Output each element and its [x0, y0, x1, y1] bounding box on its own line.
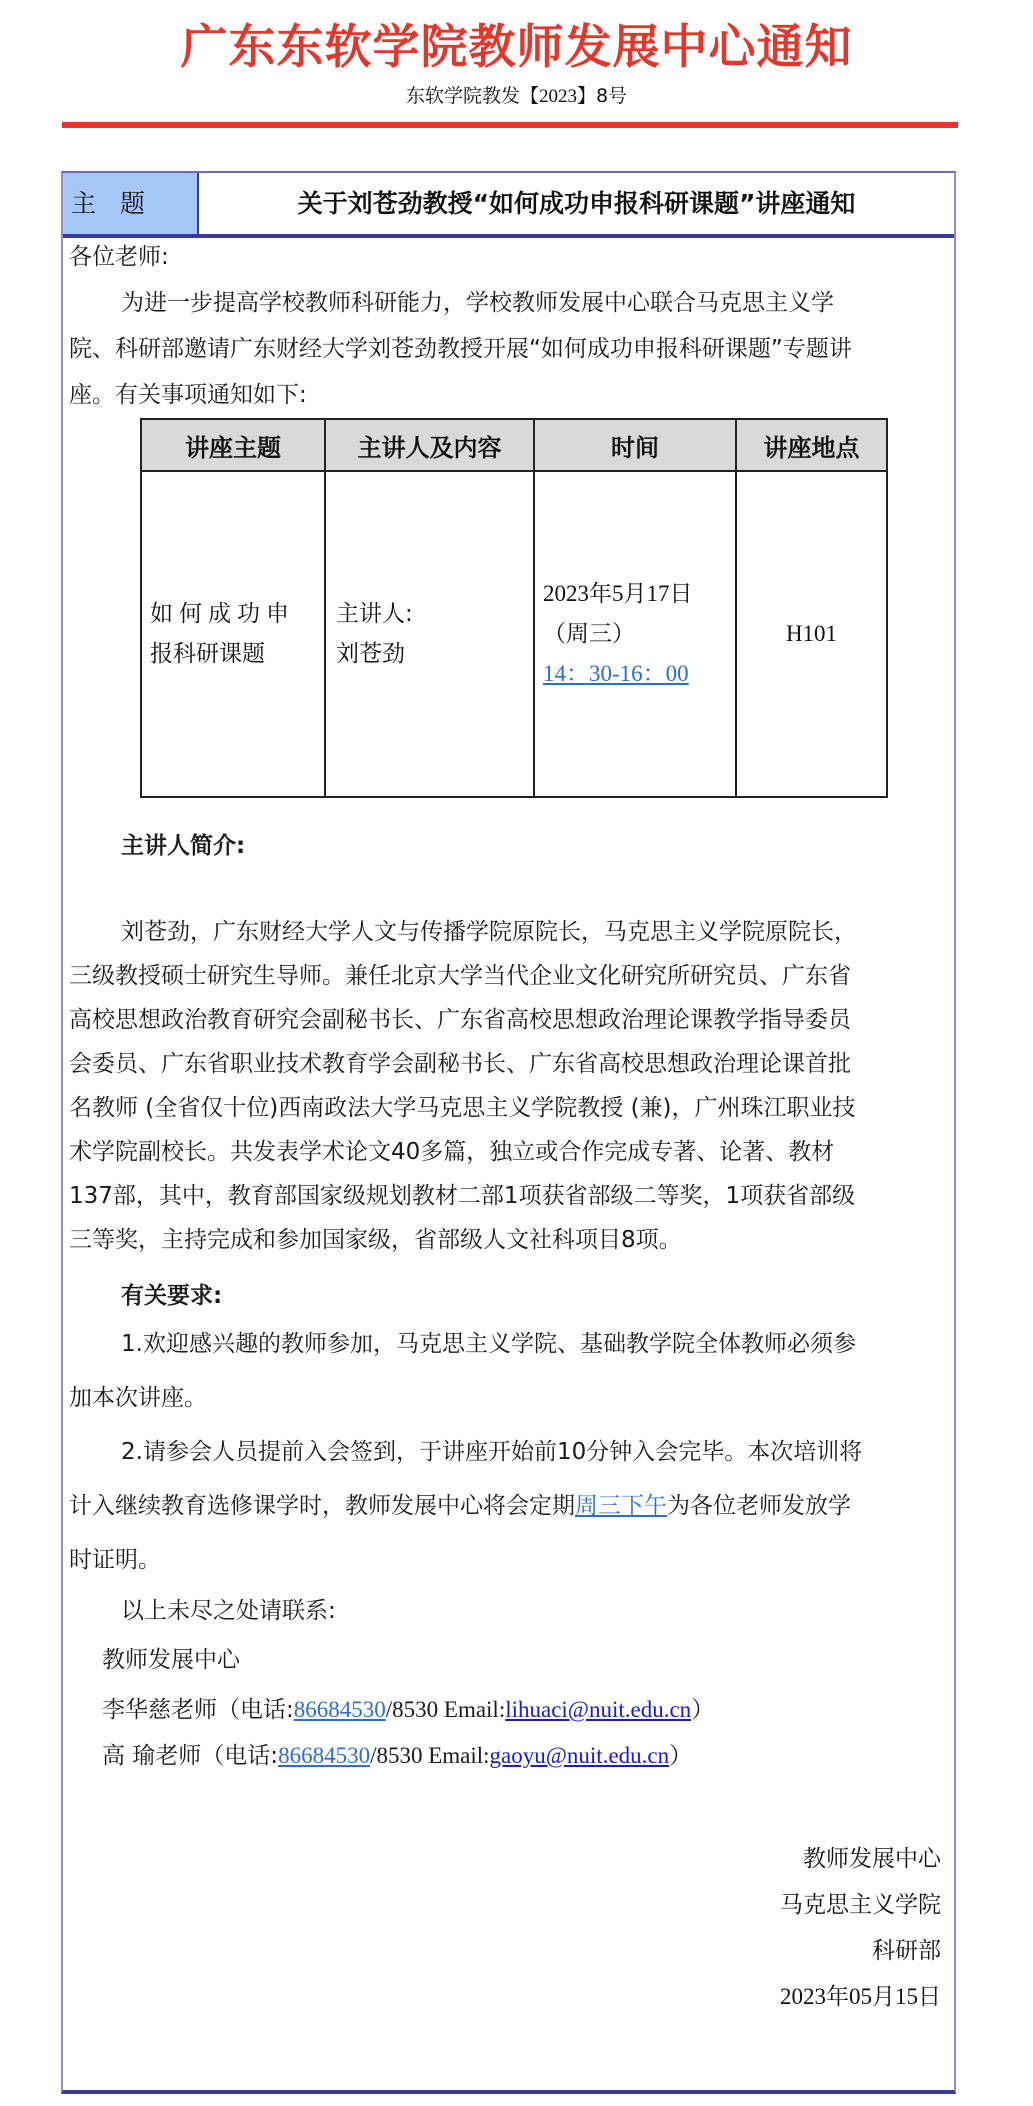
bio-line: 137部，其中，教育部国家级规划教材二部1项获省部级二等奖，1项获省部级 — [69, 1175, 949, 1217]
document-number: 东软学院教发【2023】8号 — [0, 82, 1033, 111]
email-link[interactable]: gaoyu@nuit.edu.cn — [490, 1743, 670, 1768]
cell-speaker: 主讲人: 刘苍劲 — [325, 471, 534, 797]
contact-ext: /8530 Email: — [370, 1743, 489, 1768]
cell-topic: 如何成功申 报科研课题 — [141, 471, 325, 797]
requirements-heading: 有关要求: — [69, 1275, 1001, 1317]
speaker-name: 刘苍劲 — [336, 634, 532, 674]
subject-row: 主 题 关于刘苍劲教授“如何成功申报科研课题”讲座通知 — [63, 173, 954, 238]
speaker-label: 主讲人: — [336, 594, 532, 634]
topic-line-1: 如何成功申 — [150, 594, 323, 634]
bio-line: 刘苍劲，广东财经大学人文与传播学院原院长，马克思主义学院原院长， — [69, 911, 1001, 953]
bio-line: 术学院副校长。共发表学术论文40多篇，独立或合作完成专著、论著、教材 — [69, 1131, 949, 1173]
wednesday-afternoon-link[interactable]: 周三下午 — [575, 1493, 667, 1519]
doc-number-year: 2023 — [539, 86, 577, 107]
cell-time: 2023年5月17日 （周三） 14：30-16：00 — [534, 471, 736, 797]
table-row: 如何成功申 报科研课题 主讲人: 刘苍劲 2023年5月17日 （周三） 14：… — [141, 471, 887, 797]
requirement-2-text: 计入继续教育选修课学时，教师发展中心将会定期 — [69, 1493, 575, 1519]
phone-link[interactable]: 86684530 — [278, 1743, 370, 1768]
subject-title: 关于刘苍劲教授“如何成功申报科研课题”讲座通知 — [199, 173, 954, 234]
requirement-2-line-3: 时证明。 — [69, 1539, 949, 1581]
greeting: 各位老师: — [69, 236, 949, 278]
phone-link[interactable]: 86684530 — [294, 1697, 386, 1722]
signature-dept: 马克思主义学院 — [780, 1884, 941, 1926]
signature-dept: 教师发展中心 — [803, 1838, 941, 1880]
bio-line: 三等奖，主持完成和参加国家级，省部级人文社科项目8项。 — [69, 1219, 949, 1261]
intro-line-2: 院、科研部邀请广东财经大学刘苍劲教授开展“如何成功申报科研课题”专题讲 — [69, 328, 949, 370]
contact-close: ） — [691, 1697, 714, 1723]
lecture-weekday: （周三） — [543, 614, 734, 654]
signature-date: 2023年05月15日 — [780, 1976, 941, 2018]
bio-line: 会委员、广东省职业技术教育学会副秘书长、广东省高校思想政治理论课首批 — [69, 1043, 949, 1085]
requirement-2-line-1: 2.请参会人员提前入会签到，于讲座开始前10分钟入会完毕。本次培训将 — [69, 1431, 1001, 1473]
contact-person: 李华慈老师（电话:86684530/8530 Email:lihuaci@nui… — [69, 1689, 982, 1731]
signature-block: 教师发展中心 马克思主义学院 科研部 2023年05月15日 — [500, 1838, 949, 2038]
lecture-place: H101 — [786, 621, 837, 646]
doc-number-prefix: 东软学院教发【 — [406, 85, 539, 107]
intro-line-1: 为进一步提高学校教师科研能力，学校教师发展中心联合马克思主义学 — [69, 282, 1001, 324]
contact-name: 李华慈老师（电话: — [102, 1697, 294, 1723]
contact-intro: 以上未尽之处请联系: — [69, 1590, 1001, 1632]
contact-person: 高 瑜老师（电话:86684530/8530 Email:gaoyu@nuit.… — [69, 1735, 982, 1777]
signature-dept: 科研部 — [872, 1930, 941, 1972]
subject-label: 主 题 — [63, 173, 199, 234]
requirement-1-line-2: 加本次讲座。 — [69, 1377, 949, 1419]
header-speaker: 主讲人及内容 — [325, 419, 534, 471]
header-time: 时间 — [534, 419, 736, 471]
lecture-date: 2023年5月17日 — [543, 574, 734, 614]
contact-close: ） — [669, 1743, 692, 1769]
requirement-2-line-2: 计入继续教育选修课学时，教师发展中心将会定期周三下午为各位老师发放学 — [69, 1485, 949, 1527]
cell-place: H101 — [736, 471, 887, 797]
requirement-2-text-end: 为各位老师发放学 — [667, 1493, 851, 1519]
lecture-table: 讲座主题 主讲人及内容 时间 讲座地点 如何成功申 报科研课题 主讲人: 刘苍劲… — [140, 418, 888, 798]
email-link[interactable]: lihuaci@nuit.edu.cn — [505, 1697, 691, 1722]
bio-line: 三级教授硕士研究生导师。兼任北京大学当代企业文化研究所研究员、广东省 — [69, 955, 949, 997]
red-divider — [62, 122, 958, 128]
lecture-table-header: 讲座主题 主讲人及内容 时间 讲座地点 — [141, 419, 887, 471]
header-topic: 讲座主题 — [141, 419, 325, 471]
bio-line: 高校思想政治教育研究会副秘书长、广东省高校思想政治理论课教学指导委员 — [69, 999, 949, 1041]
requirement-1-line-1: 1.欢迎感兴趣的教师参加，马克思主义学院、基础教学院全体教师必须参 — [69, 1323, 1001, 1365]
contact-dept: 教师发展中心 — [69, 1639, 982, 1681]
bio-line: 名教师 (全省仅十位)西南政法大学马克思主义学院教授 (兼)，广州珠江职业技 — [69, 1087, 949, 1129]
notice-title: 广东东软学院教师发展中心通知 — [0, 18, 1033, 78]
topic-line-2: 报科研课题 — [150, 634, 323, 674]
header-place: 讲座地点 — [736, 419, 887, 471]
doc-number-suffix: 】8号 — [577, 85, 627, 107]
contact-ext: /8530 Email: — [386, 1697, 505, 1722]
intro-line-3: 座。有关事项通知如下: — [69, 374, 949, 416]
contact-name: 高 瑜老师（电话: — [102, 1743, 278, 1769]
bio-heading: 主讲人简介: — [69, 825, 1001, 867]
lecture-time-link[interactable]: 14：30-16：00 — [543, 654, 734, 694]
